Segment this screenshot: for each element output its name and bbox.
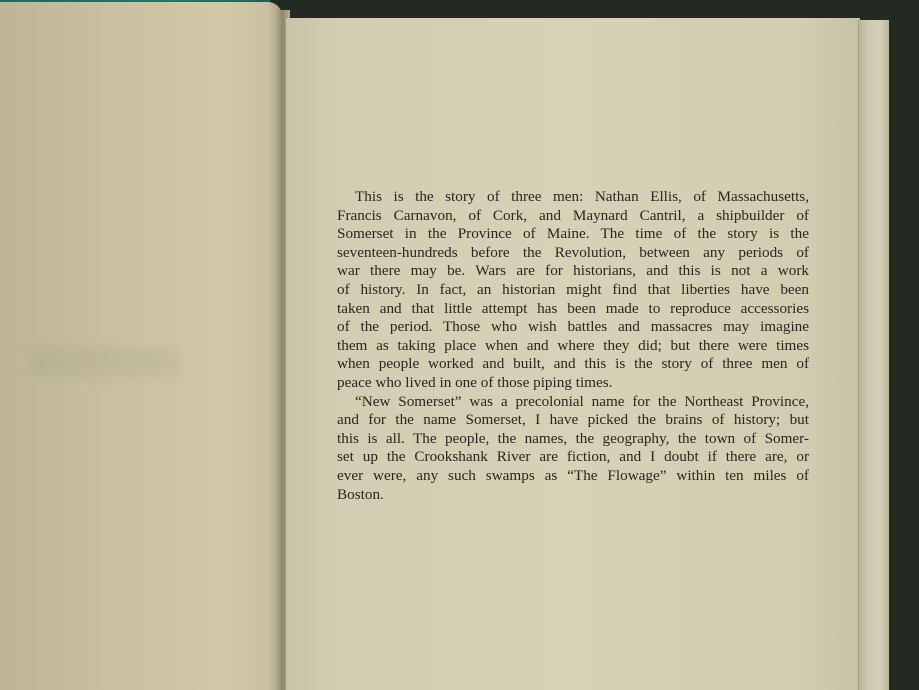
text-line: Somerset in the Province of Maine. The t…	[337, 225, 809, 244]
background-surface-right	[888, 0, 919, 690]
text-line: ever were, any such swamps as “The Flowa…	[337, 467, 809, 486]
text-line: seventeen-hundreds before the Revolution…	[337, 244, 809, 263]
text-line: Francis Carnavon, of Cork, and Maynard C…	[337, 207, 809, 226]
text-line: this is all. The people, the names, the …	[337, 430, 809, 449]
paragraph-2: “New Somerset” was a precolonial name fo…	[337, 393, 809, 505]
paragraph-1: This is the story of three men: Nathan E…	[337, 188, 809, 393]
page-text: This is the story of three men: Nathan E…	[337, 188, 809, 504]
text-line: them as taking place when and where they…	[337, 337, 809, 356]
text-line: war there may be. Wars are for historian…	[337, 262, 809, 281]
text-line: This is the story of three men: Nathan E…	[337, 188, 809, 207]
show-through-text	[30, 347, 180, 377]
text-line: and for the name Somerset, I have picked…	[337, 411, 809, 430]
text-line: taken and that little attempt has been m…	[337, 300, 809, 319]
text-line: set up the Crookshank River are fiction,…	[337, 448, 809, 467]
background-surface	[270, 0, 919, 20]
text-line: peace who lived in one of those piping t…	[337, 374, 809, 393]
text-line: of history. In fact, an historian might …	[337, 281, 809, 300]
text-line: “New Somerset” was a precolonial name fo…	[337, 393, 809, 412]
book-cover-edge	[858, 20, 889, 690]
text-line: when people worked and built, and this i…	[337, 355, 809, 374]
left-page-blank	[0, 2, 282, 690]
text-line: Boston.	[337, 486, 809, 505]
text-line: of the period. Those who wish battles an…	[337, 318, 809, 337]
